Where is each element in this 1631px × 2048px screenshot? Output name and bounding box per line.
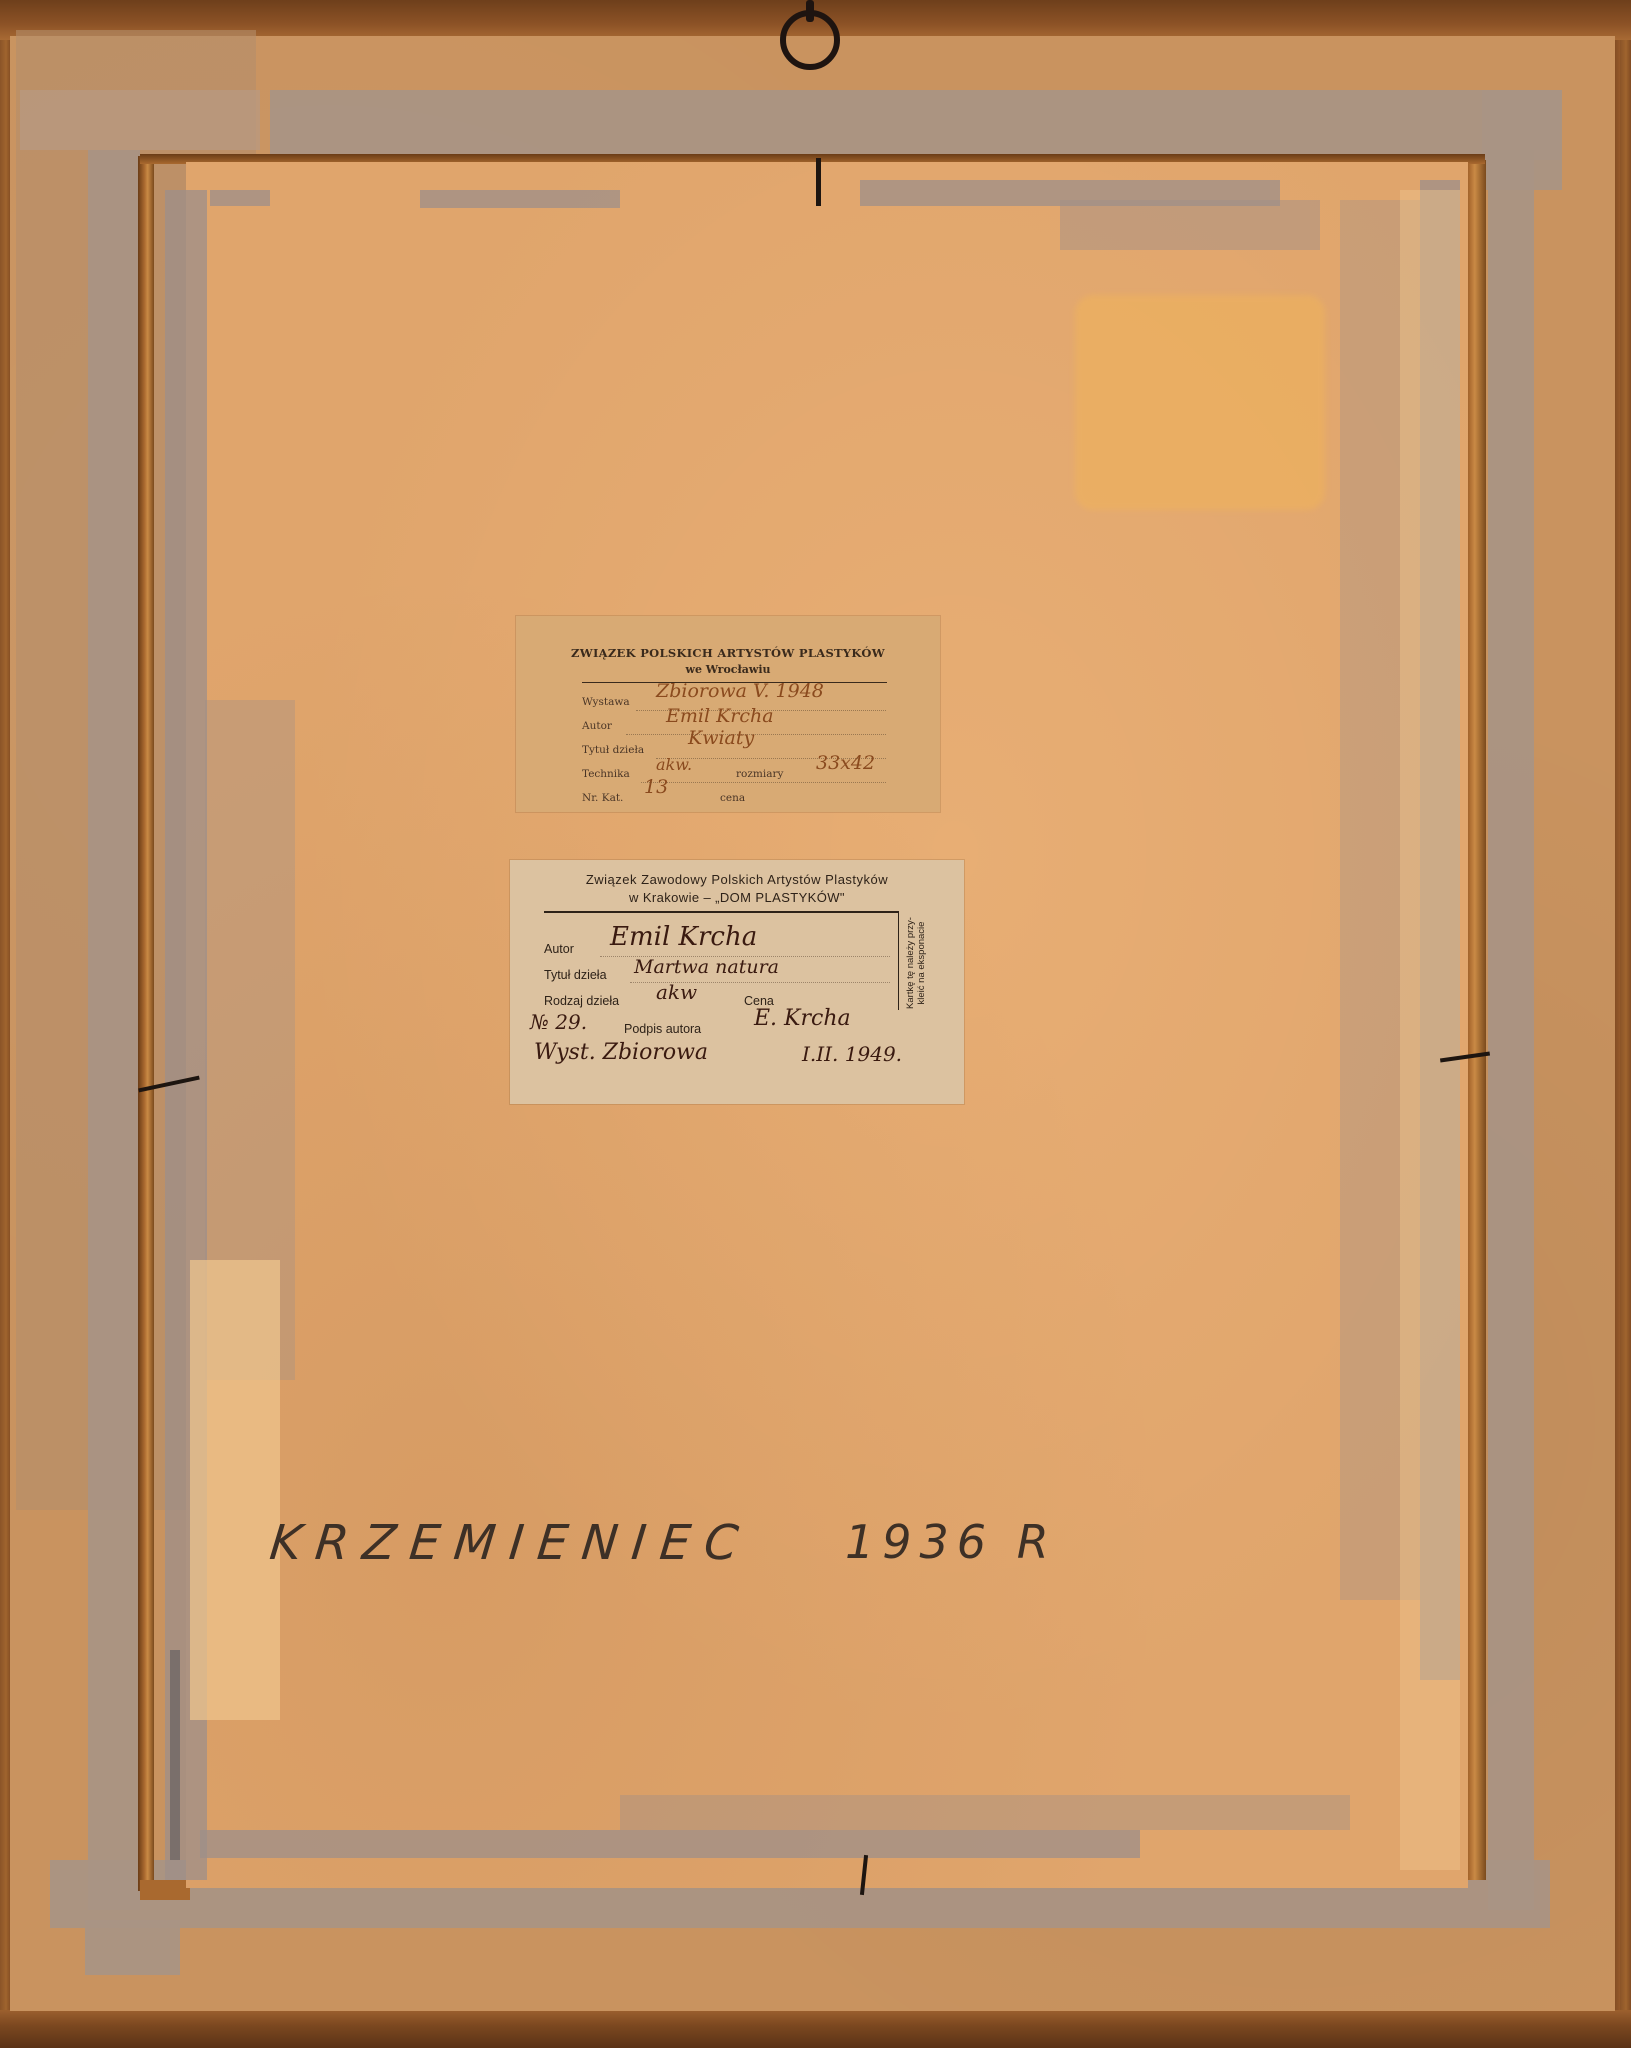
paper-light-edge-right [1400,190,1460,1870]
field-value-tytul: Martwa natura [634,956,779,978]
inner-slip-left [138,156,154,1891]
hanging-ring[interactable] [780,10,840,70]
field-label-tytul: Tytuł dzieła [582,744,644,756]
field-value-rozmiary: 33x42 [816,752,875,774]
field-value-autor: Emil Krcha [610,922,757,952]
field-label-wystawa: Wystawa [582,696,630,708]
field-label-podpis: Podpis autora [624,1022,701,1036]
label-rule [544,911,899,913]
nail-top [816,158,821,206]
tape-right [1488,150,1534,1910]
field-label-rodzaj: Rodzaj dzieła [544,994,619,1008]
label-subheading: we Wrocławiu [516,663,940,676]
label-side-rule [898,912,899,1010]
board-corner-top-left [20,90,260,150]
tape-bottom-left-patch [85,1920,180,1975]
label-heading: Związek Zawodowy Polskich Artystów Plast… [510,872,964,887]
exhibition-label-wroclaw: ZWIĄZEK POLSKICH ARTYSTÓW PLASTYKÓW we W… [516,616,940,812]
tape-top [270,90,1560,160]
paper-light-edge-left [190,1260,280,1720]
residue-top-left [210,190,270,206]
label-side-note: Kartkę tę należy przy-kleić na eksponaci… [902,912,952,1012]
residue-bottom [200,1830,1140,1858]
field-label-rozmiary: rozmiary [736,768,783,780]
field-label-autor: Autor [582,720,612,732]
field-line [641,782,886,783]
field-value-tytul: Kwiaty [688,727,754,749]
tape-left [88,150,140,1910]
field-value-number: № 29. [530,1010,587,1034]
field-value-podpis: E. Krcha [754,1006,851,1031]
field-value-nrkat: 13 [644,776,668,798]
residue-bottom-2 [620,1795,1350,1830]
field-label-cena: cena [720,792,745,804]
field-value-autor: Emil Krcha [666,705,774,727]
tape-top-right-corner [1482,90,1562,190]
residue-top-1 [420,190,620,208]
label-heading: ZWIĄZEK POLSKICH ARTYSTÓW PLASTYKÓW [516,646,940,660]
field-value-rodzaj: akw [656,980,697,1004]
inner-slip-bottom-corner [140,1880,190,1900]
residue-top-3 [1060,200,1320,250]
field-label-technika: Technika [582,768,630,780]
field-line [626,734,886,735]
glue-stain [1075,295,1325,510]
frame-bottom-rail [0,2010,1631,2048]
field-value-wystawa: Zbiorowa V. 1948 [656,680,824,702]
field-value-technika: akw. [656,755,692,774]
field-value-date: I.II. 1949. [802,1042,902,1066]
label-subheading: w Krakowie – „DOM PLASTYKÓW" [510,890,964,905]
field-label-autor: Autor [544,942,574,956]
inscription-year: 1936 R [845,1515,1057,1569]
field-label-tytul: Tytuł dzieła [544,968,607,982]
field-value-note: Wyst. Zbiorowa [534,1040,708,1065]
inscription-place: KRZEMIENIEC [267,1515,755,1571]
field-label-nrkat: Nr. Kat. [582,792,623,804]
exhibition-label-krakow: Związek Zawodowy Polskich Artystów Plast… [510,860,964,1104]
